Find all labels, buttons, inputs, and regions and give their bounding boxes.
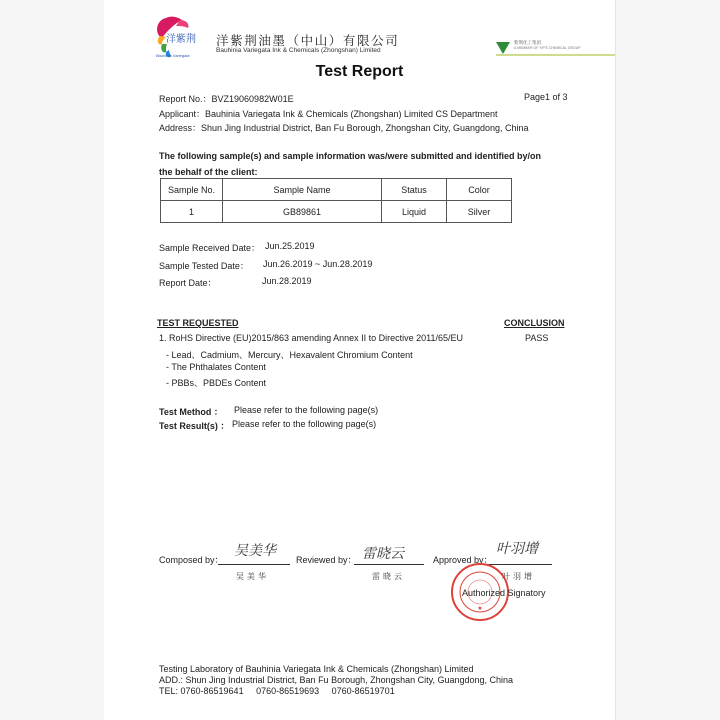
test-method: Please refer to the following page(s) [234, 405, 378, 415]
svg-text:★: ★ [477, 605, 482, 612]
test-requested-heading: TEST REQUESTED [157, 318, 239, 328]
report-no-value: BVZ19060982W01E [212, 94, 294, 104]
logo-subtext: Bauhinia Variegata [156, 53, 190, 58]
document-page: 洋紫荆 Bauhinia Variegata 洋紫荆油墨（中山）有限公司 Bau… [104, 0, 616, 720]
test-sub-item: - The Phthalates Content [166, 362, 266, 372]
composed-by-label: Composed by： [159, 553, 224, 566]
page-title: Test Report [104, 63, 615, 81]
report-no-label: Report No.： [159, 94, 212, 104]
group-logo-en: A MEMBER OF YIP'S CHEMICAL GROUP [514, 46, 581, 50]
report-no: Report No.：BVZ19060982W01E [159, 92, 294, 105]
composed-signature: 吴美华 [234, 540, 276, 560]
header-divider [496, 54, 615, 56]
applicant-label: Applicant： [159, 109, 205, 119]
header-sample-no: Sample No. [161, 179, 223, 201]
address: Address：Shun Jing Industrial District, B… [159, 121, 529, 134]
page-indicator: Page1 of 3 [524, 92, 568, 102]
footer-address: ADD.: Shun Jing Industrial District, Ban… [159, 675, 513, 685]
report-date-label: Report Date： [159, 276, 217, 289]
reviewed-name: 雷晓云 [372, 571, 405, 582]
sample-intro-line2: the behalf of the client: [159, 167, 258, 177]
cell-sample-name: GB89861 [223, 201, 382, 223]
group-logo-icon [496, 42, 510, 54]
header-status: Status [382, 179, 447, 201]
logo-text: 洋紫荆 [166, 30, 196, 45]
address-label: Address： [159, 123, 201, 133]
company-name-en: Bauhinia Variegata Ink & Chemicals (Zhon… [216, 47, 381, 54]
test-result-label: Test Result(s) ： [159, 419, 229, 432]
footer-lab: Testing Laboratory of Bauhinia Variegata… [159, 664, 474, 674]
reviewed-signature: 雷晓云 [362, 543, 404, 563]
cell-sample-no: 1 [161, 201, 223, 223]
received-date-label: Sample Received Date： [159, 241, 260, 254]
header-color: Color [447, 179, 512, 201]
applicant: Applicant：Bauhinia Variegata Ink & Chemi… [159, 107, 498, 120]
test-item-1-result: PASS [525, 333, 548, 343]
conclusion-heading: CONCLUSION [504, 318, 565, 328]
footer-tel: TEL: 0760-86519641 0760-86519693 0760-86… [159, 686, 395, 696]
table-row: 1 GB89861 Liquid Silver [161, 201, 512, 223]
test-item-1: 1. RoHS Directive (EU)2015/863 amending … [159, 333, 463, 343]
test-method-label: Test Method ： [159, 405, 223, 418]
applicant-value: Bauhinia Variegata Ink & Chemicals (Zhon… [205, 109, 497, 119]
tested-date-label: Sample Tested Date： [159, 259, 249, 272]
test-sub-item: - PBBs、PBDEs Content [166, 376, 266, 389]
approved-signature: 叶羽增 [496, 538, 538, 558]
authorized-signatory: Authorized Signatory [462, 588, 546, 598]
cell-status: Liquid [382, 201, 447, 223]
table-header-row: Sample No. Sample Name Status Color [161, 179, 512, 201]
header-sample-name: Sample Name [223, 179, 382, 201]
test-sub-item: - Lead、Cadmium、Mercury、Hexavalent Chromi… [166, 348, 413, 361]
sample-intro-line1: The following sample(s) and sample infor… [159, 151, 541, 161]
reviewed-sign-line [354, 564, 424, 565]
received-date: Jun.25.2019 [265, 241, 315, 251]
sample-table: Sample No. Sample Name Status Color 1 GB… [160, 178, 512, 223]
cell-color: Silver [447, 201, 512, 223]
tested-date: Jun.26.2019 ~ Jun.28.2019 [263, 259, 372, 269]
address-value: Shun Jing Industrial District, Ban Fu Bo… [201, 123, 529, 133]
test-result: Please refer to the following page(s) [232, 419, 376, 429]
composed-name: 吴美华 [236, 571, 269, 582]
composed-sign-line [218, 564, 290, 565]
report-date: Jun.28.2019 [262, 276, 312, 286]
reviewed-by-label: Reviewed by： [296, 553, 357, 566]
